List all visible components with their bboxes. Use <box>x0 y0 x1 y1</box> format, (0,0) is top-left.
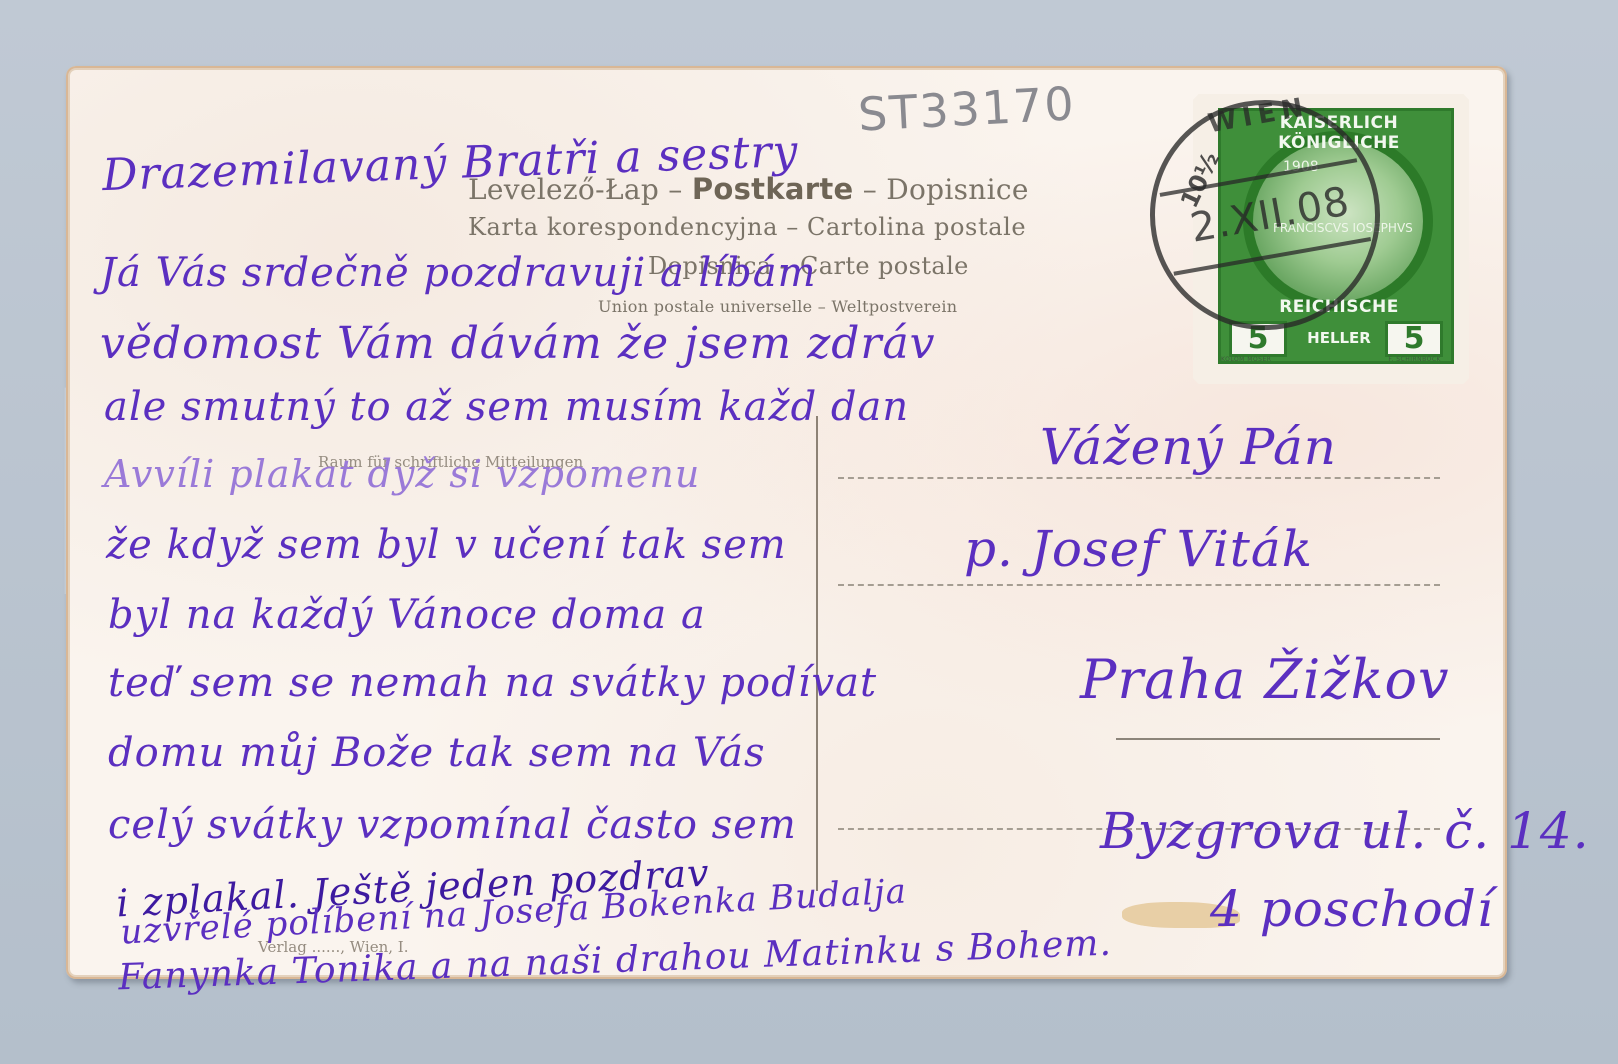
address-street: Byzgrova ul. č. 14. <box>1100 802 1590 860</box>
printed-header-line-2: Karta korespondencyjna – Cartolina posta… <box>468 213 1026 241</box>
address-floor: 4 poschodí <box>1210 880 1494 938</box>
message-line: Já Vás srdečně pozdravuji a líbám <box>100 250 817 296</box>
stamp-unit: HELLER <box>1293 329 1385 347</box>
stamp-engraver: F. SCHIRNBÖCK <box>1388 356 1441 363</box>
address-name: p. Josef Viták <box>964 520 1313 578</box>
message-line: byl na každý Vánoce doma a <box>108 592 706 638</box>
stamp-designer: KOLOM MOSER <box>1221 356 1271 363</box>
message-line: že když sem byl v učení tak sem <box>106 522 787 568</box>
header-suffix: – Dopisnice <box>863 173 1029 206</box>
message-line: ale smutný to až sem musím každ dan <box>104 384 909 430</box>
catalog-mark: ST33170 <box>857 76 1077 141</box>
address-line-1 <box>838 477 1440 479</box>
message-line: celý svátky vzpomínal často sem <box>108 802 797 848</box>
printed-header-line-4: Union postale universelle – Weltpostvere… <box>598 297 957 316</box>
message-line: Avvíli plakat dyž si vzpomenu <box>104 452 700 496</box>
address-line-3 <box>1116 738 1440 740</box>
address-line-2 <box>838 584 1440 586</box>
center-divider <box>816 416 818 891</box>
message-line: teď sem se nemah na svátky podívat <box>108 660 877 706</box>
address-city: Praha Žižkov <box>1080 648 1449 711</box>
address-salutation: Vážený Pán <box>1040 418 1337 476</box>
message-line: domu můj Bože tak sem na Vás <box>108 730 765 776</box>
message-line: vědomost Vám dávám že jsem zdráv <box>100 318 936 369</box>
stamp-value-right: 5 <box>1385 321 1443 357</box>
